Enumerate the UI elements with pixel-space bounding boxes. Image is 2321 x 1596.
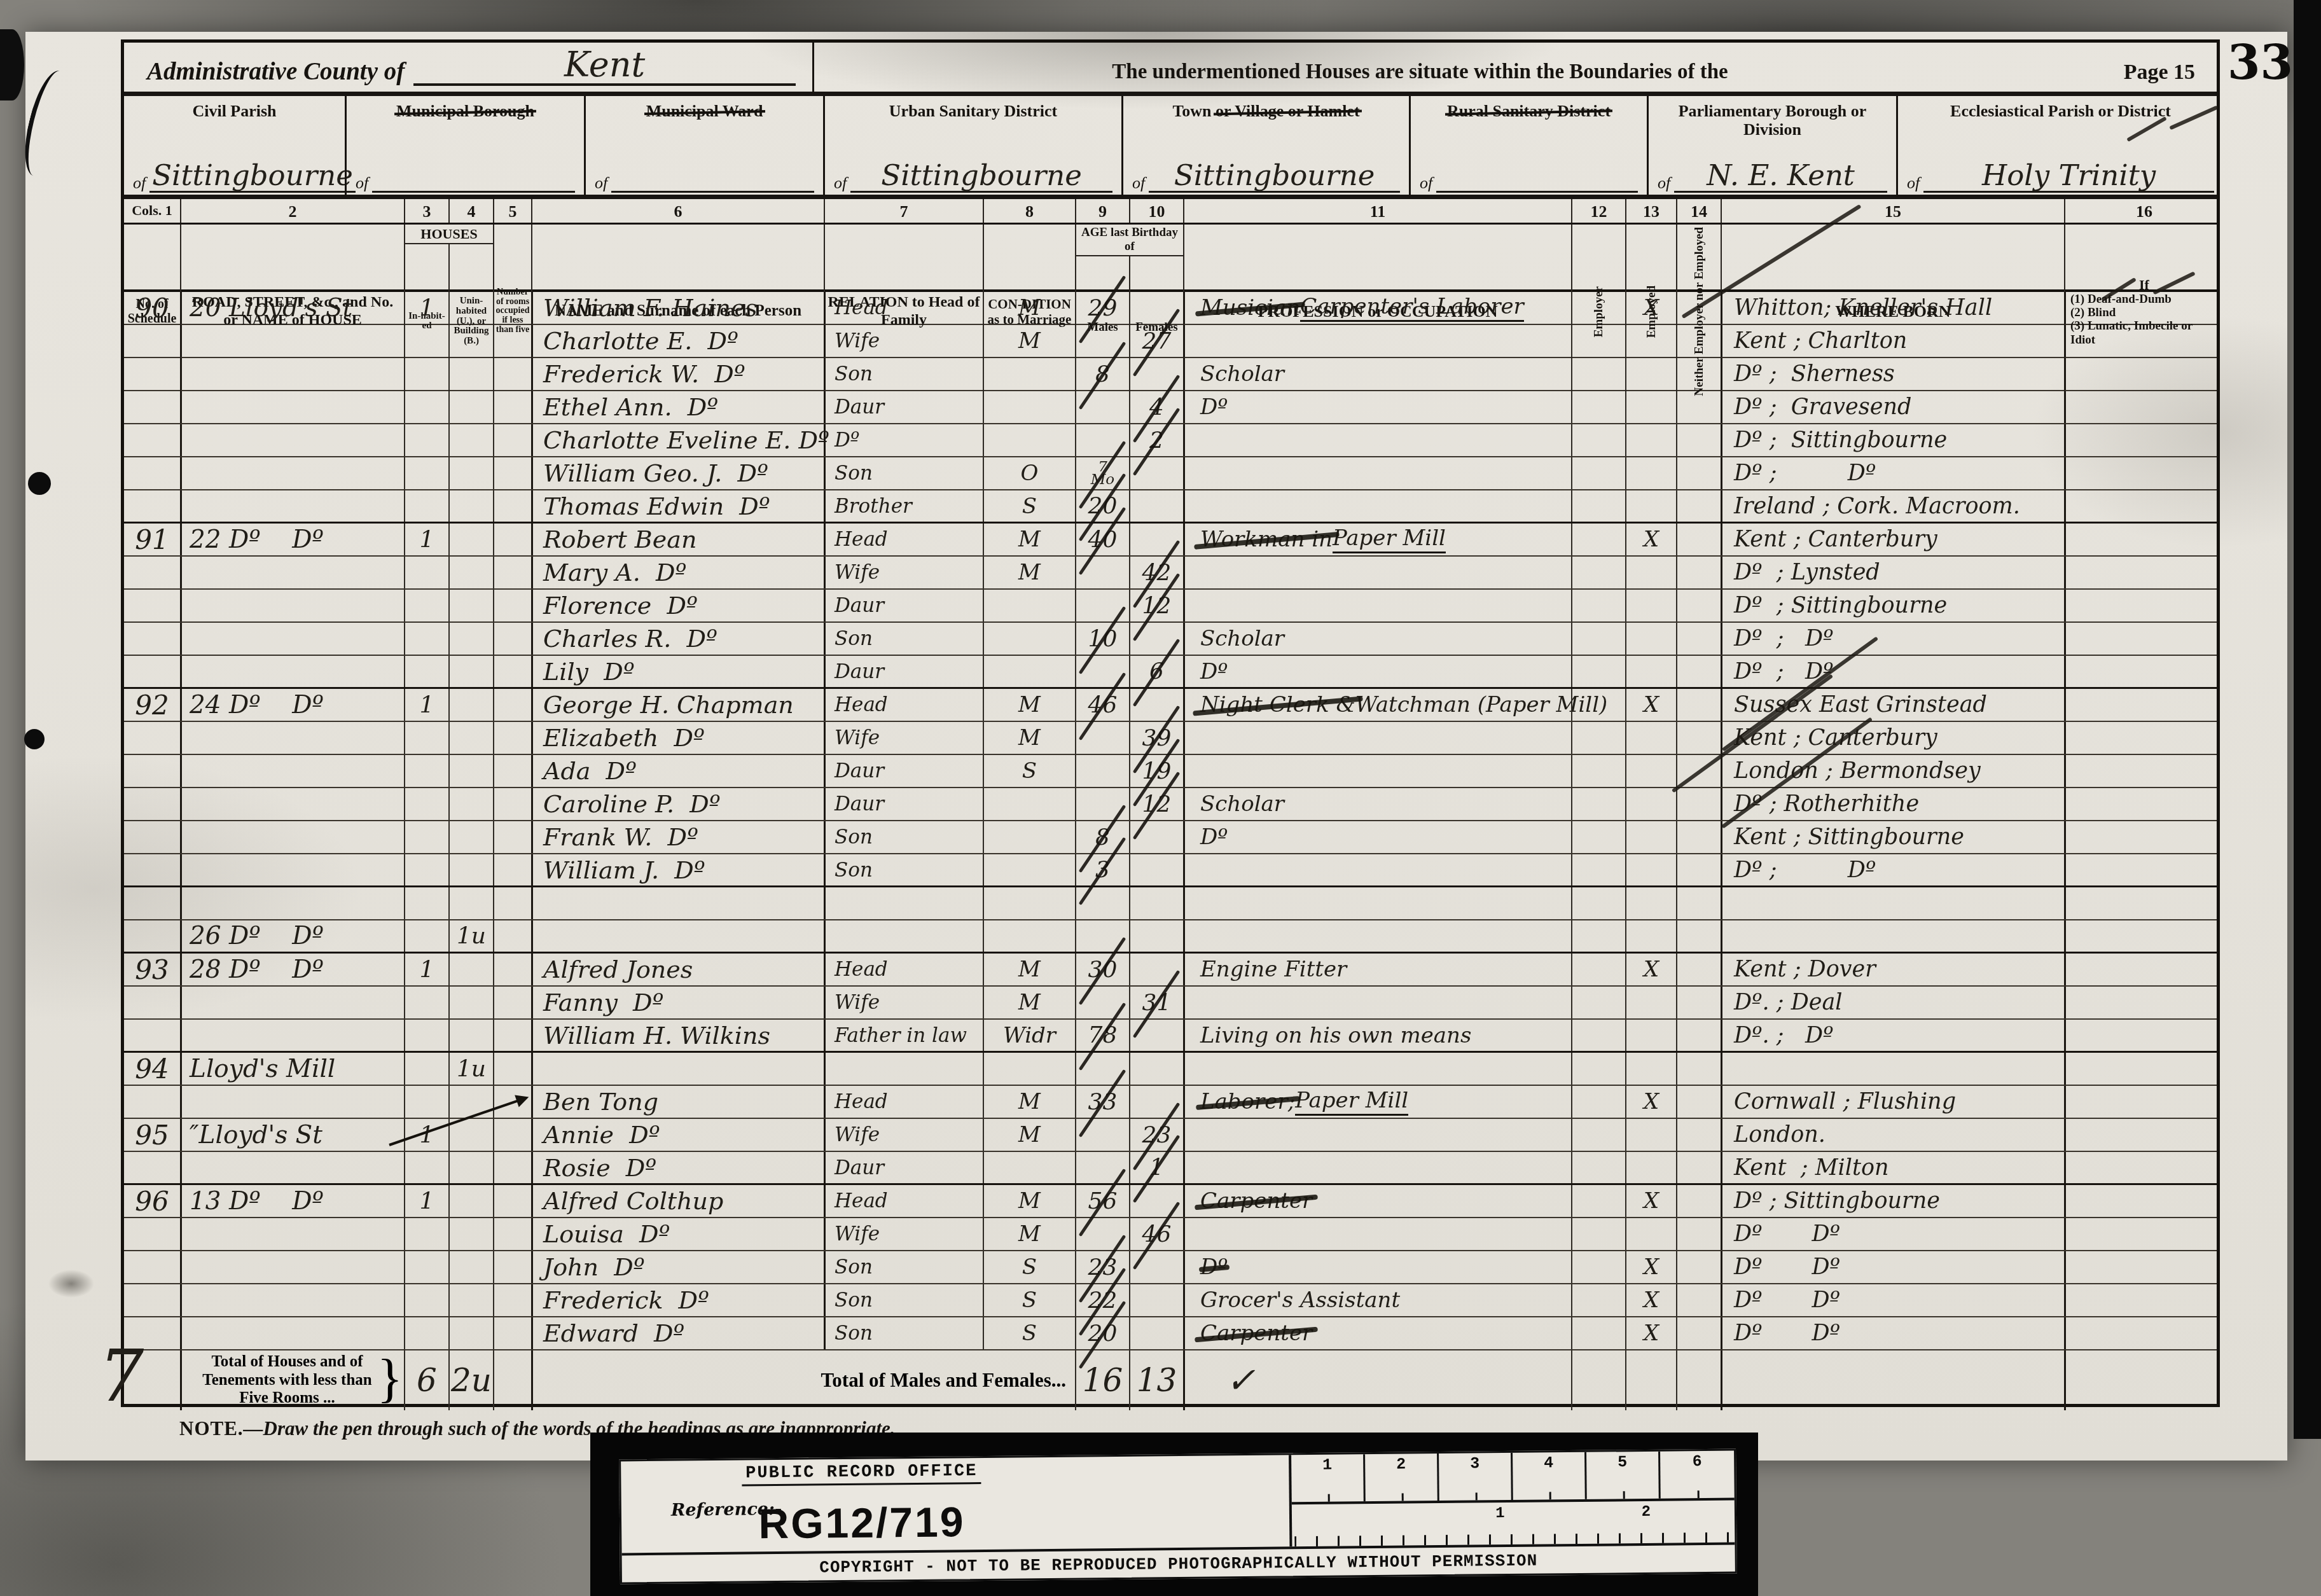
cell-m: 78	[1075, 1020, 1129, 1051]
totals-males: 16	[1075, 1350, 1129, 1410]
cell-rel: Son	[824, 854, 983, 885]
cell-name: Lily Dº	[531, 656, 824, 687]
cell-m	[1075, 325, 1129, 357]
cell-nei	[1676, 954, 1721, 985]
cell-inh	[404, 788, 448, 820]
cell-emp	[1571, 987, 1625, 1018]
cell-rel: Head	[824, 1086, 983, 1118]
cell-marks	[2064, 987, 2223, 1018]
totals-uninhabited: 2u	[448, 1350, 493, 1410]
cell-rooms	[493, 1053, 531, 1085]
cell-born: Dº. ; Deal	[1721, 987, 2064, 1018]
cell-uninh	[448, 854, 493, 885]
cell-rooms	[493, 1317, 531, 1349]
cell-occ: Living on his own means	[1183, 1020, 1571, 1051]
cell-rel: Wife	[824, 722, 983, 754]
totals-row: 7 Total of Houses and of Tenements with …	[124, 1350, 2217, 1410]
cell-emp	[1571, 1119, 1625, 1151]
cell-cond: S	[983, 755, 1075, 787]
cell-occ: Night Clerk & Watchman (Paper Mill)	[1183, 689, 1571, 721]
stamp-reference-value: RG12/719	[758, 1497, 966, 1548]
cell-sched	[124, 821, 180, 853]
cell-rel: Son	[824, 1317, 983, 1349]
district-cell: Town or Village or HamletofSittingbourne	[1121, 96, 1409, 197]
district-label: Municipal Ward	[595, 102, 814, 121]
cell-empd	[1625, 557, 1676, 588]
cell-sched: 96	[124, 1185, 180, 1217]
cell-road	[180, 490, 404, 522]
cell-sched	[124, 722, 180, 754]
cell-uninh	[448, 689, 493, 721]
cell-inh	[404, 755, 448, 787]
cell-cond: M	[983, 954, 1075, 985]
cell-inh	[404, 1152, 448, 1183]
cell-rooms	[493, 1119, 531, 1151]
cell-rel: Son	[824, 821, 983, 853]
page-number: Page 15	[2026, 43, 2217, 94]
cell-rooms	[493, 887, 531, 919]
cell-cond: M	[983, 722, 1075, 754]
cell-emp	[1571, 1053, 1625, 1085]
cell-emp	[1571, 1317, 1625, 1349]
cell-m: 8	[1075, 821, 1129, 853]
cell-born: Dº ; Dº	[1721, 457, 2064, 489]
cell-uninh	[448, 424, 493, 456]
cell-nei	[1676, 1218, 1721, 1250]
table-row: John DºSonS23DºXDº Dº	[124, 1251, 2217, 1284]
cell-uninh	[448, 325, 493, 357]
cell-road: Lloyd's Mill	[180, 1053, 404, 1085]
cell-rooms	[493, 854, 531, 885]
cell-name: Ethel Ann. Dº	[531, 391, 824, 423]
cell-road	[180, 557, 404, 588]
district-label: Parliamentary Borough or Division	[1658, 102, 1887, 139]
cell-f: 27	[1129, 325, 1183, 357]
cell-uninh	[448, 1284, 493, 1316]
cell-emp	[1571, 1152, 1625, 1183]
cell-inh	[404, 1218, 448, 1250]
admin-county: Administrative County of Kent	[124, 43, 814, 94]
cell-rel: Wife	[824, 1119, 983, 1151]
district-value: of	[595, 162, 814, 193]
cell-born: Dº ; Dº	[1721, 623, 2064, 655]
cell-name: Charlotte E. Dº	[531, 325, 824, 357]
cell-f	[1129, 457, 1183, 489]
district-value: ofSittingbourne	[133, 161, 336, 193]
cell-sched	[124, 887, 180, 919]
column-number: 7	[824, 199, 983, 223]
cell-empd: X	[1625, 1317, 1676, 1349]
cell-cond	[983, 887, 1075, 919]
cell-name: John Dº	[531, 1251, 824, 1283]
hole-punch	[28, 472, 51, 495]
cell-cond: M	[983, 1119, 1075, 1151]
table-row: 26 Dº Dº1u	[124, 920, 2217, 954]
cell-empd: X	[1625, 1284, 1676, 1316]
cell-occ	[1183, 457, 1571, 489]
district-cell: Municipal Boroughof	[345, 96, 584, 197]
column-number: 13	[1625, 199, 1676, 223]
cell-sched	[124, 656, 180, 687]
cell-name: Fanny Dº	[531, 987, 824, 1018]
cell-born: Kent ; Canterbury	[1721, 722, 2064, 754]
cell-m	[1075, 755, 1129, 787]
cell-empd	[1625, 590, 1676, 621]
cell-uninh	[448, 457, 493, 489]
cell-road	[180, 755, 404, 787]
cell-marks	[2064, 656, 2223, 687]
cell-road	[180, 623, 404, 655]
cell-nei	[1676, 524, 1721, 555]
cell-empd	[1625, 887, 1676, 919]
cell-m: 10	[1075, 623, 1129, 655]
cell-road	[180, 1317, 404, 1349]
cell-marks	[2064, 1317, 2223, 1349]
ruler-inch-cell: 4	[1513, 1452, 1587, 1500]
cell-rooms	[493, 987, 531, 1018]
cell-marks	[2064, 722, 2223, 754]
cell-inh: 1	[404, 524, 448, 555]
cell-m	[1075, 1152, 1129, 1183]
cell-rooms	[493, 954, 531, 985]
cell-f: 39	[1129, 722, 1183, 754]
cell-sched	[124, 424, 180, 456]
cell-occ: Laborer; Paper Mill	[1183, 1086, 1571, 1118]
totals-margin-mark: 7	[124, 1350, 180, 1410]
cell-m: 20	[1075, 1317, 1129, 1349]
cell-nei	[1676, 1119, 1721, 1151]
cell-name	[531, 887, 824, 919]
cell-uninh	[448, 788, 493, 820]
cell-marks	[2064, 1053, 2223, 1085]
cell-born: Dº ; Dº	[1721, 656, 2064, 687]
column-number: 2	[180, 199, 404, 223]
cell-road: 13 Dº Dº	[180, 1185, 404, 1217]
cell-empd	[1625, 987, 1676, 1018]
column-number: 8	[983, 199, 1075, 223]
cell-occ: Grocer's Assistant	[1183, 1284, 1571, 1316]
cell-cond: M	[983, 689, 1075, 721]
cell-empd	[1625, 755, 1676, 787]
cell-nei	[1676, 325, 1721, 357]
cell-m: 33	[1075, 1086, 1129, 1118]
cell-marks	[2064, 854, 2223, 885]
form-header-band: Administrative County of Kent The underm…	[124, 43, 2217, 96]
cell-empd	[1625, 920, 1676, 952]
cell-uninh	[448, 887, 493, 919]
cell-rooms	[493, 656, 531, 687]
cell-uninh	[448, 1317, 493, 1349]
cell-emp	[1571, 954, 1625, 985]
cell-empd	[1625, 1218, 1676, 1250]
cell-born	[1721, 887, 2064, 919]
cell-cond	[983, 1152, 1075, 1183]
cell-inh	[404, 821, 448, 853]
cell-nei	[1676, 490, 1721, 522]
cell-rel: Wife	[824, 987, 983, 1018]
cell-nei	[1676, 1152, 1721, 1183]
cell-sched: 90	[124, 292, 180, 324]
cell-sched	[124, 623, 180, 655]
cell-uninh	[448, 490, 493, 522]
cell-cond: O	[983, 457, 1075, 489]
cell-name: Frederick Dº	[531, 1284, 824, 1316]
cell-empd	[1625, 1020, 1676, 1051]
cell-rel: Wife	[824, 557, 983, 588]
cell-uninh	[448, 391, 493, 423]
cell-empd	[1625, 656, 1676, 687]
ruler-cm-number: 2	[1642, 1504, 1651, 1521]
cell-sched	[124, 1218, 180, 1250]
cell-occ: Dº	[1183, 391, 1571, 423]
cell-f	[1129, 821, 1183, 853]
cell-emp	[1571, 557, 1625, 588]
cell-inh	[404, 887, 448, 919]
cell-rooms	[493, 755, 531, 787]
cell-empd	[1625, 1152, 1676, 1183]
scan-edge-blob	[0, 29, 24, 101]
cell-name: Ben Tong	[531, 1086, 824, 1118]
cell-name: Ada Dº	[531, 755, 824, 787]
cell-empd	[1625, 623, 1676, 655]
cell-m	[1075, 1218, 1129, 1250]
cell-uninh	[448, 954, 493, 985]
cell-f: 12	[1129, 788, 1183, 820]
district-value: ofSittingbourne	[834, 161, 1112, 193]
cell-m: 20	[1075, 490, 1129, 522]
cell-uninh	[448, 722, 493, 754]
admin-county-label: Administrative County of	[147, 57, 405, 86]
cell-sched	[124, 391, 180, 423]
cell-road	[180, 788, 404, 820]
cell-rel: Daur	[824, 788, 983, 820]
cell-emp	[1571, 490, 1625, 522]
cell-m: 46	[1075, 689, 1129, 721]
cell-nei	[1676, 590, 1721, 621]
cell-f	[1129, 524, 1183, 555]
cell-road	[180, 1152, 404, 1183]
cell-rooms	[493, 1152, 531, 1183]
cell-sched	[124, 788, 180, 820]
binding-bar	[2294, 0, 2321, 1439]
cell-emp	[1571, 325, 1625, 357]
cell-inh	[404, 424, 448, 456]
cell-emp	[1571, 1185, 1625, 1217]
cell-uninh	[448, 292, 493, 324]
cell-m	[1075, 590, 1129, 621]
cell-marks	[2064, 623, 2223, 655]
cell-road: 20 Lloyd's St	[180, 292, 404, 324]
cell-road	[180, 590, 404, 621]
cell-occ	[1183, 424, 1571, 456]
cell-m	[1075, 788, 1129, 820]
table-row: William Geo. J. DºSonO7 MoDº ; Dº	[124, 457, 2217, 490]
column-number: 11	[1183, 199, 1571, 223]
cell-born: Cornwall ; Flushing	[1721, 1086, 2064, 1118]
cell-inh	[404, 1284, 448, 1316]
cell-name: Alfred Jones	[531, 954, 824, 985]
cell-f	[1129, 1317, 1183, 1349]
district-label: Ecclesiastical Parish or District	[1907, 102, 2214, 121]
cell-f: 12	[1129, 590, 1183, 621]
cell-cond: S	[983, 1251, 1075, 1283]
cell-cond	[983, 821, 1075, 853]
cell-cond: S	[983, 490, 1075, 522]
cell-f	[1129, 623, 1183, 655]
district-cell: Civil ParishofSittingbourne	[124, 96, 345, 197]
cell-empd	[1625, 854, 1676, 885]
cell-sched: 92	[124, 689, 180, 721]
cell-born: London ; Bermondsey	[1721, 755, 2064, 787]
cell-inh	[404, 920, 448, 952]
cell-marks	[2064, 590, 2223, 621]
cell-sched: 91	[124, 524, 180, 555]
cell-inh	[404, 325, 448, 357]
cell-name: Charles R. Dº	[531, 623, 824, 655]
cell-occ: Scholar	[1183, 358, 1571, 390]
folio-number: 33	[2227, 36, 2293, 90]
cell-inh	[404, 854, 448, 885]
cell-nei	[1676, 656, 1721, 687]
cell-cond: S	[983, 1317, 1075, 1349]
totals-houses-label: Total of Houses and of Tenements with le…	[180, 1350, 404, 1410]
cell-cond	[983, 854, 1075, 885]
cell-name: Elizabeth Dº	[531, 722, 824, 754]
cell-rel	[824, 1053, 983, 1085]
cell-born: Dº ; Lynsted	[1721, 557, 2064, 588]
cell-f	[1129, 1251, 1183, 1283]
cell-f	[1129, 689, 1183, 721]
cell-occ	[1183, 920, 1571, 952]
cell-name: William Geo. J. Dº	[531, 457, 824, 489]
cell-name: Louisa Dº	[531, 1218, 824, 1250]
cell-uninh	[448, 987, 493, 1018]
cell-cond	[983, 623, 1075, 655]
cell-empd: X	[1625, 1251, 1676, 1283]
cell-born: Kent ; Charlton	[1721, 325, 2064, 357]
cell-marks	[2064, 524, 2223, 555]
cell-m	[1075, 887, 1129, 919]
cell-m	[1075, 920, 1129, 952]
cell-m: 23	[1075, 1251, 1129, 1283]
scanned-census-page: Administrative County of Kent The underm…	[0, 0, 2321, 1596]
ruler-inch-cell: 2	[1365, 1454, 1439, 1501]
cell-occ	[1183, 1119, 1571, 1151]
cell-inh	[404, 1251, 448, 1283]
cell-m	[1075, 391, 1129, 423]
ruler-inch-cell: 3	[1439, 1453, 1513, 1501]
cell-rooms	[493, 557, 531, 588]
cell-m: 29	[1075, 292, 1129, 324]
cell-inh	[404, 1053, 448, 1085]
cell-road: 28 Dº Dº	[180, 954, 404, 985]
cell-inh: 1	[404, 292, 448, 324]
cell-nei	[1676, 457, 1721, 489]
cell-nei	[1676, 1185, 1721, 1217]
cell-sched: 95	[124, 1119, 180, 1151]
cell-f	[1129, 1284, 1183, 1316]
cell-born: Dº Dº	[1721, 1218, 2064, 1250]
cell-empd	[1625, 1053, 1676, 1085]
cell-empd	[1625, 424, 1676, 456]
cell-occ: Scholar	[1183, 788, 1571, 820]
cell-f: 1	[1129, 1152, 1183, 1183]
cell-m	[1075, 1053, 1129, 1085]
cell-m: 8	[1075, 358, 1129, 390]
cell-name: Mary A. Dº	[531, 557, 824, 588]
cell-f: 4	[1129, 391, 1183, 423]
cell-rooms	[493, 590, 531, 621]
cell-occ	[1183, 887, 1571, 919]
cell-born: Dº ; Sittingbourne	[1721, 590, 2064, 621]
district-label: Municipal Borough	[356, 102, 575, 121]
cell-road	[180, 325, 404, 357]
cell-sched	[124, 557, 180, 588]
cell-empd: X	[1625, 1185, 1676, 1217]
cell-road	[180, 457, 404, 489]
cell-rooms	[493, 1218, 531, 1250]
cell-inh	[404, 722, 448, 754]
cell-occ: Dº	[1183, 821, 1571, 853]
cell-name: Caroline P. Dº	[531, 788, 824, 820]
cell-inh: 1	[404, 689, 448, 721]
cell-sched	[124, 755, 180, 787]
cell-uninh	[448, 1152, 493, 1183]
cell-name: Charlotte Eveline E. Dº	[531, 424, 824, 456]
table-row: Charlotte Eveline E. DºDº2Dº ; Sittingbo…	[124, 424, 2217, 457]
cell-emp	[1571, 457, 1625, 489]
cell-f	[1129, 887, 1183, 919]
district-value: ofSittingbourne	[1132, 161, 1400, 193]
cell-empd	[1625, 325, 1676, 357]
cell-cond: M	[983, 325, 1075, 357]
cell-sched: 94	[124, 1053, 180, 1085]
cell-rel: Father in law	[824, 1020, 983, 1051]
cell-marks	[2064, 1020, 2223, 1051]
cell-inh: 1	[404, 1185, 448, 1217]
cell-marks	[2064, 1185, 2223, 1217]
cell-m: 7 Mo	[1075, 457, 1129, 489]
col-label-age: AGE last Birthday of	[1076, 225, 1183, 256]
cell-emp	[1571, 656, 1625, 687]
cell-f	[1129, 854, 1183, 885]
cell-uninh	[448, 1218, 493, 1250]
cell-rooms	[493, 1284, 531, 1316]
column-number: 10	[1129, 199, 1183, 223]
census-form: Administrative County of Kent The underm…	[121, 39, 2220, 1407]
cell-rel: Head	[824, 1185, 983, 1217]
district-value: ofHoly Trinity	[1907, 161, 2214, 193]
cell-sched	[124, 1152, 180, 1183]
column-number: 15	[1721, 199, 2064, 223]
cell-nei	[1676, 821, 1721, 853]
cell-road	[180, 987, 404, 1018]
cell-emp	[1571, 1020, 1625, 1051]
table-row: Caroline P. DºDaur12ScholarDº ; Rotherhi…	[124, 788, 2217, 821]
ruler-centimetres: 12	[1292, 1501, 1735, 1547]
cell-empd: X	[1625, 689, 1676, 721]
cell-occ	[1183, 1053, 1571, 1085]
cell-road: 24 Dº Dº	[180, 689, 404, 721]
col-label-houses: HOUSES	[405, 225, 493, 244]
hole-punch	[24, 729, 45, 749]
cell-rel: Son	[824, 623, 983, 655]
cell-road	[180, 358, 404, 390]
cell-rooms	[493, 722, 531, 754]
cell-emp	[1571, 623, 1625, 655]
cell-marks	[2064, 954, 2223, 985]
cell-road	[180, 722, 404, 754]
